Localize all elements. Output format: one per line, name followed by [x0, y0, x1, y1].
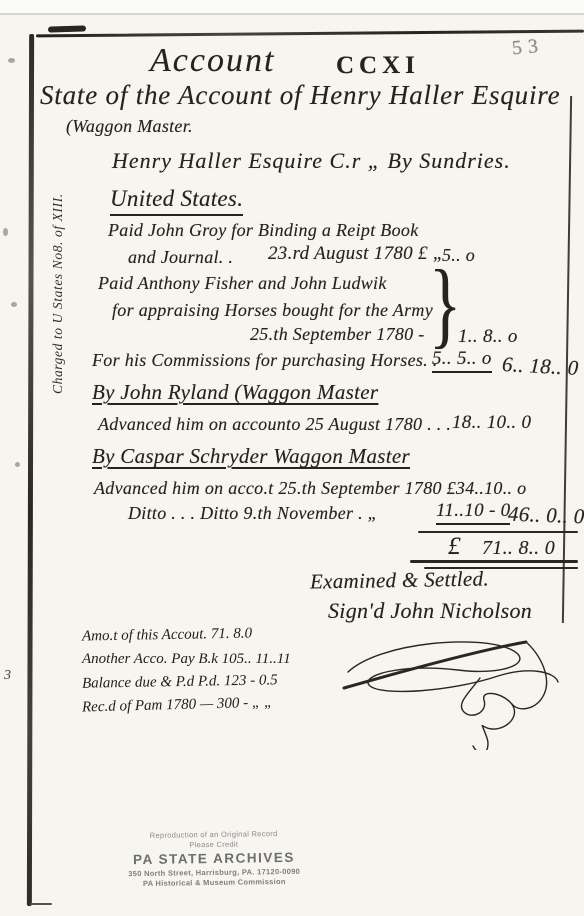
section-schryder-heading: By Caspar Schryder Waggon Master: [92, 444, 410, 469]
summary-received-line: Rec.d of Pam 1780 — 300 - „ „: [82, 695, 273, 717]
scanner-edge-line: [0, 13, 584, 15]
total-amount: 71.. 8.. 0: [482, 537, 555, 560]
entry-ryland-amount: 18.. 10.. 0: [452, 412, 531, 434]
archive-stamp: Reproduction of an Original Record Pleas…: [88, 828, 341, 890]
entry-fisher-line1: Paid Anthony Fisher and John Ludwik: [98, 273, 387, 294]
binding-mark: [30, 903, 52, 905]
signature-flourish: [330, 620, 570, 750]
debtor-heading: United States.: [110, 186, 243, 216]
credit-line: Henry Haller Esquire C.r „ By Sundries.: [112, 148, 511, 174]
entry-groy-date: 23.rd August 1780 £ „: [268, 243, 444, 265]
summary-amount-line: Amo.t of this Accout. 71. 8.0: [82, 626, 252, 646]
binding-mark: [15, 462, 20, 467]
grouping-brace: }: [429, 256, 461, 352]
entry-ditto-amount: 11..10 - 0: [436, 500, 510, 525]
subtotal-ditto: 46.. 0.. 0: [508, 502, 584, 530]
total-currency-symbol: £: [448, 533, 461, 561]
subtotal-commissions: 6.. 18.. 0: [501, 352, 579, 381]
entry-fisher-date: 25.th September 1780 -: [250, 324, 425, 345]
entry-ryland-line: Advanced him on accounto 25 August 1780 …: [98, 414, 451, 435]
account-numeral: CCXI: [336, 52, 420, 80]
binding-mark: [3, 228, 8, 236]
entry-commissions-amount: 5.. 5.. o: [432, 348, 492, 373]
scanner-edge-strip: [0, 0, 584, 13]
binding-mark: [11, 302, 17, 307]
account-word: Account: [150, 42, 275, 80]
margin-digit: 3: [4, 668, 11, 684]
entry-fisher-line2: for appraising Horses bought for the Arm…: [112, 300, 433, 321]
entry-fisher-amount: 1.. 8.. o: [458, 326, 518, 348]
entry-commissions-line: For his Commissions for purchasing Horse…: [92, 350, 438, 371]
document-scan: 53 Account CCXI State of the Account of …: [0, 0, 584, 916]
summary-balance-line: Balance due & P.d P.d. 123 - 0.5: [82, 672, 278, 692]
section-ryland-heading: By John Ryland (Waggon Master: [92, 380, 378, 405]
stamp-line-commission: PA Historical & Museum Commission: [88, 876, 340, 890]
summary-another-line: Another Acco. Pay B.k 105.. 11..11: [82, 651, 291, 668]
entry-groy-line1: Paid John Groy for Binding a Reipt Book: [108, 220, 418, 241]
total-rule-bottom-1: [410, 560, 578, 563]
entry-groy-line2: and Journal. .: [128, 247, 233, 268]
margin-note: Charged to U States No8. of XIII.: [50, 193, 66, 394]
entry-ditto-line: Ditto . . . Ditto 9.th November . „: [128, 503, 378, 524]
binding-mark: [8, 58, 15, 63]
document-subtitle: (Waggon Master.: [66, 116, 193, 137]
total-rule-top: [418, 531, 578, 533]
entry-schryder-line: Advanced him on acco.t 25.th September 1…: [94, 478, 526, 499]
ink-blot: [48, 25, 86, 32]
examined-settled-line: Examined & Settled.: [310, 566, 489, 594]
document-title: State of the Account of Henry Haller Esq…: [40, 80, 560, 111]
folio-number: 53: [511, 35, 545, 61]
page-border-top: [36, 30, 584, 37]
page-border-left: [27, 34, 34, 906]
